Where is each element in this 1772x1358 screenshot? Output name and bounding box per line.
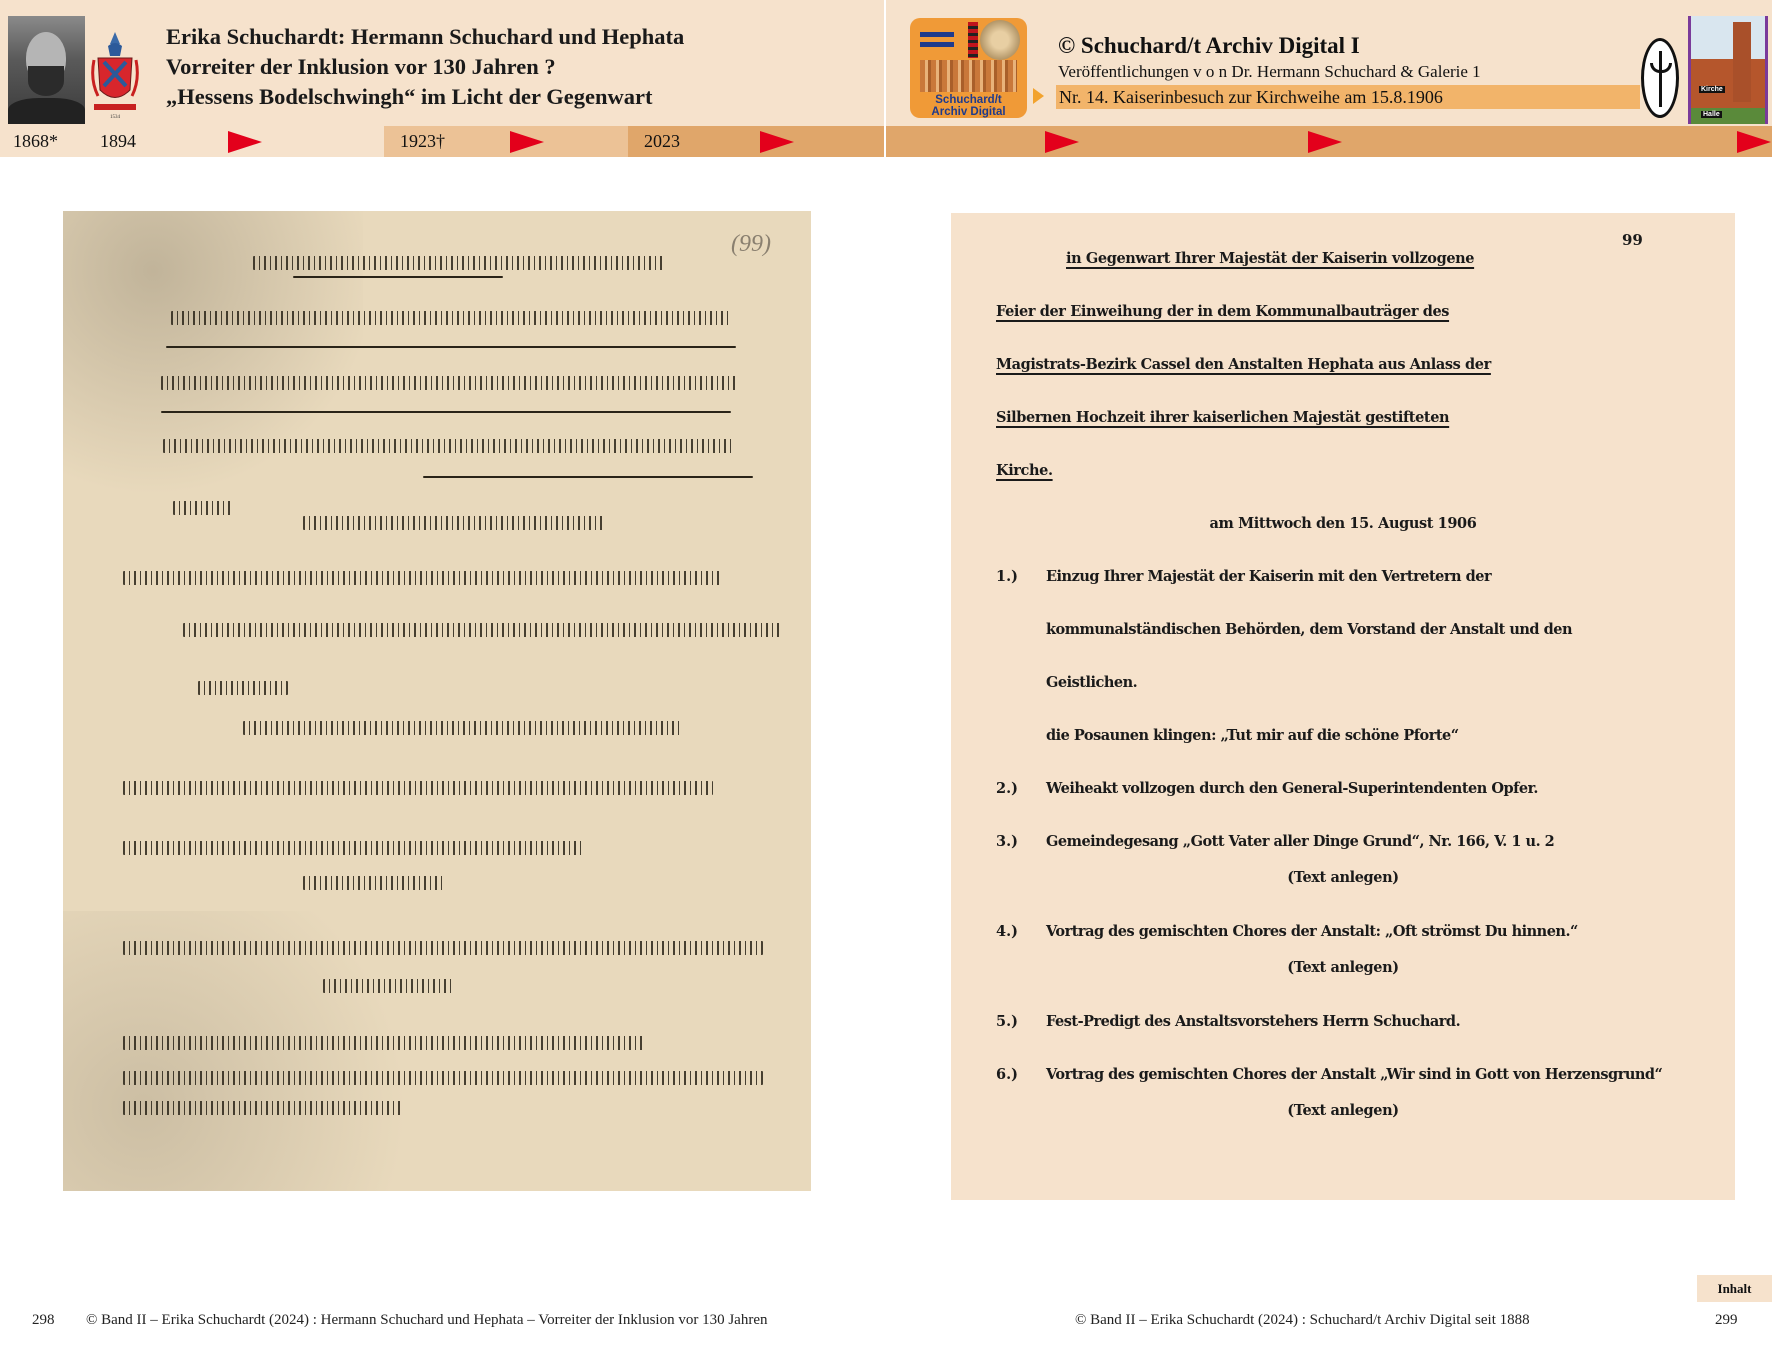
medal-portrait-icon bbox=[980, 20, 1020, 60]
item-number: 5.) bbox=[996, 1013, 1018, 1030]
item-number: 2.) bbox=[996, 780, 1018, 797]
item-text: Geistlichen. bbox=[1046, 674, 1137, 691]
books-icon bbox=[920, 60, 1017, 92]
next-arrow-icon[interactable] bbox=[1045, 131, 1079, 153]
right-footer-text: © Band II – Erika Schuchardt (2024) : Sc… bbox=[1075, 1310, 1530, 1330]
heading-line-1: in Gegenwart Ihrer Majestät der Kaiserin… bbox=[1066, 250, 1474, 267]
pointer-arrow-icon bbox=[1033, 88, 1044, 104]
item-number: 3.) bbox=[996, 833, 1018, 850]
page-number: 99 bbox=[1622, 231, 1643, 249]
book-title: Erika Schuchardt: Hermann Schuchard und … bbox=[166, 22, 684, 112]
heading-line-2: Feier der Einweihung der in dem Kommunal… bbox=[996, 303, 1449, 320]
item-text: Weiheakt vollzogen durch den General-Sup… bbox=[1046, 780, 1538, 797]
timeline-year-founding: 1894 bbox=[100, 130, 136, 152]
next-arrow-icon[interactable] bbox=[510, 131, 544, 153]
timeline-year-present: 2023 bbox=[644, 130, 680, 152]
archive-title: © Schuchard/t Archiv Digital I bbox=[1058, 32, 1360, 60]
item-note: (Text anlegen) bbox=[951, 1102, 1735, 1119]
item-text: Vortrag des gemischten Chores der Anstal… bbox=[1046, 1066, 1662, 1083]
next-arrow-icon[interactable] bbox=[228, 131, 262, 153]
figure-icon bbox=[968, 22, 978, 58]
church-gallery-thumbnail[interactable]: Kirche Halle bbox=[1688, 16, 1768, 124]
item-note: (Text anlegen) bbox=[951, 959, 1735, 976]
left-page-number: 298 bbox=[32, 1310, 55, 1330]
next-arrow-icon[interactable] bbox=[760, 131, 794, 153]
item-text: kommunalständischen Behörden, dem Vorsta… bbox=[1046, 621, 1572, 638]
next-arrow-icon[interactable] bbox=[1308, 131, 1342, 153]
hephata-cross-logo-icon bbox=[1641, 38, 1679, 118]
item-number: 1.) bbox=[996, 568, 1018, 585]
item-note: (Text anlegen) bbox=[951, 869, 1735, 886]
archive-logo-label: Schuchard/t Archiv Digital bbox=[910, 94, 1027, 118]
item-number: 6.) bbox=[996, 1066, 1018, 1083]
timeline-year-birth: 1868* bbox=[13, 130, 58, 152]
item-text: die Posaunen klingen: „Tut mir auf die s… bbox=[1046, 727, 1459, 744]
archive-digital-logo[interactable]: Schuchard/t Archiv Digital bbox=[910, 18, 1027, 118]
family-crest-icon: 1534 bbox=[90, 30, 140, 122]
timeline-year-death: 1923† bbox=[400, 130, 445, 152]
item-text: Fest-Predigt des Anstaltsvorstehers Herr… bbox=[1046, 1013, 1460, 1030]
next-arrow-icon[interactable] bbox=[1737, 131, 1771, 153]
heading-line-5: Kirche. bbox=[996, 462, 1053, 479]
heading-line-3: Magistrats-Bezirk Cassel den Anstalten H… bbox=[996, 356, 1491, 373]
heading-line-4: Silbernen Hochzeit ihrer kaiserlichen Ma… bbox=[996, 409, 1449, 426]
handwritten-manuscript-image: (99) bbox=[63, 211, 811, 1191]
event-date: am Mittwoch den 15. August 1906 bbox=[951, 515, 1735, 532]
book-title-line-1: Erika Schuchardt: Hermann Schuchard und … bbox=[166, 22, 684, 52]
svg-text:1534: 1534 bbox=[110, 115, 121, 120]
item-text: Gemeindegesang „Gott Vater aller Dinge G… bbox=[1046, 833, 1554, 850]
book-title-line-3: „Hessens Bodelschwingh“ im Licht der Geg… bbox=[166, 82, 684, 112]
archive-subtitle: Veröffentlichungen v o n Dr. Hermann Sch… bbox=[1058, 61, 1481, 83]
hall-label: Halle bbox=[1701, 111, 1722, 118]
item-number: 4.) bbox=[996, 923, 1018, 940]
item-text: Vortrag des gemischten Chores der Anstal… bbox=[1046, 923, 1578, 940]
right-page-number: 299 bbox=[1715, 1310, 1738, 1330]
left-footer-text: © Band II – Erika Schuchardt (2024) : He… bbox=[86, 1310, 768, 1330]
margin-note: (99) bbox=[731, 231, 771, 258]
portrait-image-icon bbox=[8, 16, 85, 124]
contents-button[interactable]: Inhalt bbox=[1697, 1275, 1772, 1302]
typed-program-page: 99 in Gegenwart Ihrer Majestät der Kaise… bbox=[951, 213, 1735, 1200]
church-label: Kirche bbox=[1699, 86, 1725, 93]
item-text: Einzug Ihrer Majestät der Kaiserin mit d… bbox=[1046, 568, 1491, 585]
book-title-line-2: Vorreiter der Inklusion vor 130 Jahren ? bbox=[166, 52, 684, 82]
current-document-title: Nr. 14. Kaiserinbesuch zur Kirchweihe am… bbox=[1056, 85, 1640, 109]
